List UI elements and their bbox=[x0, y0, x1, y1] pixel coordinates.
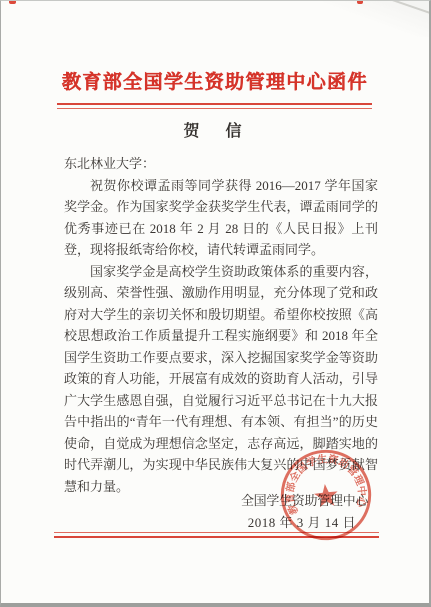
signature-date: 2018 年 3 月 14 日 bbox=[248, 512, 356, 531]
signature-organization: 全国学生资助管理中心 bbox=[241, 490, 368, 509]
footer-double-rule bbox=[54, 532, 379, 538]
letter-title: 贺 信 bbox=[1, 118, 429, 141]
letterhead-double-rule bbox=[57, 103, 372, 109]
salutation: 东北林业大学： bbox=[64, 153, 378, 175]
scanned-letter-page: 教育部全国学生资助管理中心函件 贺 信 东北林业大学： 祝贺你校谭孟雨等同学获得… bbox=[0, 0, 431, 607]
corner-fold-shade bbox=[323, 0, 431, 37]
scan-red-mark-right bbox=[357, 1, 363, 4]
letter-body: 东北林业大学： 祝贺你校谭孟雨等同学获得 2016—2017 学年国家奖学金。作… bbox=[64, 153, 378, 497]
scan-red-mark-left bbox=[9, 1, 16, 4]
letterhead-title: 教育部全国学生资助管理中心函件 bbox=[1, 67, 429, 94]
paragraph-2: 国家奖学金是高校学生资助政策体系的重要内容，级别高、荣誉性强、激励作用明显，充分… bbox=[64, 261, 378, 498]
paragraph-1: 祝贺你校谭孟雨等同学获得 2016—2017 学年国家奖学金。作为国家奖学金获奖… bbox=[64, 175, 378, 261]
